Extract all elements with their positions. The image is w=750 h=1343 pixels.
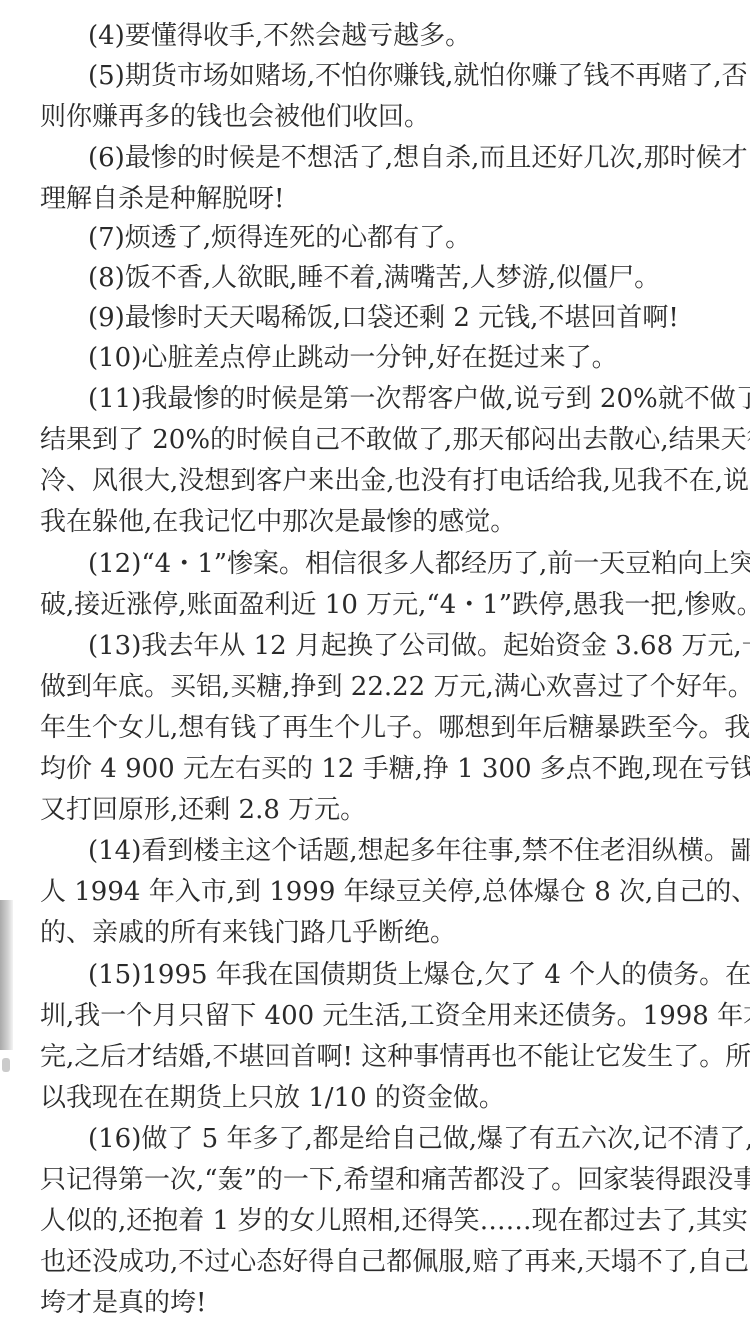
paragraph-11-line-1: (11)我最惨的时候是第一次帮客户做,说亏到 20%就不做了, [88,381,740,417]
paragraph-11-line-2: 结果到了 20%的时候自己不敢做了,那天郁闷出去散心,结果天很 [40,422,740,458]
paragraph-15-line-2: 圳,我一个月只留下 400 元生活,工资全用来还债务。1998 年才还 [40,998,740,1034]
paragraph-14-line-3: 的、亲戚的所有来钱门路几乎断绝。 [40,915,740,951]
paragraph-14-line-1: (14)看到楼主这个话题,想起多年往事,禁不住老泪纵横。鄙 [88,833,740,869]
document-page: (4)要懂得收手,不然会越亏越多。 (5)期货市场如赌场,不怕你赚钱,就怕你赚了… [0,0,750,1343]
paragraph-7-line-1: (7)烦透了,烦得连死的心都有了。 [88,220,740,256]
paragraph-4-line-1: (4)要懂得收手,不然会越亏越多。 [88,18,740,54]
paragraph-16-line-1: (16)做了 5 年多了,都是给自己做,爆了有五六次,记不清了, [88,1121,740,1157]
paragraph-6-line-1: (6)最惨的时候是不想活了,想自杀,而且还好几次,那时候才 [88,140,740,176]
paragraph-15-line-4: 以我现在在期货上只放 1/10 的资金做。 [40,1080,740,1116]
paragraph-13-line-3: 年生个女儿,想有钱了再生个儿子。哪想到年后糖暴跌至今。我 [40,710,740,746]
paragraph-16-line-2: 只记得第一次,“轰”的一下,希望和痛苦都没了。回家装得跟没事 [40,1162,740,1198]
paragraph-11-line-4: 我在躲他,在我记忆中那次是最惨的感觉。 [40,504,740,540]
paragraph-16-line-3: 人似的,还抱着 1 岁的女儿照相,还得笑……现在都过去了,其实 [40,1203,740,1239]
paragraph-10-line-1: (10)心脏差点停止跳动一分钟,好在挺过来了。 [88,340,740,376]
page-edge-speck [2,1058,10,1072]
paragraph-6-line-2: 理解自杀是种解脱呀! [40,181,740,217]
paragraph-15-line-1: (15)1995 年我在国债期货上爆仓,欠了 4 个人的债务。在深 [88,957,740,993]
paragraph-16-line-4: 也还没成功,不过心态好得自己都佩服,赔了再来,天塌不了,自己 [40,1244,740,1280]
paragraph-15-line-3: 完,之后才结婚,不堪回首啊! 这种事情再也不能让它发生了。所 [40,1039,740,1075]
paragraph-12-line-1: (12)“4・1”惨案。相信很多人都经历了,前一天豆粕向上突 [88,546,740,582]
paragraph-13-line-2: 做到年底。买铝,买糖,挣到 22.22 万元,满心欢喜过了个好年。去 [40,669,740,705]
paragraph-14-line-2: 人 1994 年入市,到 1999 年绿豆关停,总体爆仓 8 次,自己的、家里 [40,874,740,910]
paragraph-5-line-2: 则你赚再多的钱也会被他们收回。 [40,99,740,135]
paragraph-9-line-1: (9)最惨时天天喝稀饭,口袋还剩 2 元钱,不堪回首啊! [88,300,740,336]
paragraph-16-line-5: 垮才是真的垮! [40,1285,740,1321]
paragraph-13-line-5: 又打回原形,还剩 2.8 万元。 [40,792,740,828]
paragraph-8-line-1: (8)饭不香,人欲眠,睡不着,满嘴苦,人梦游,似僵尸。 [88,260,740,296]
paragraph-13-line-4: 均价 4 900 元左右买的 12 手糖,挣 1 300 多点不跑,现在亏钱跑了… [40,751,740,787]
paragraph-12-line-2: 破,接近涨停,账面盈利近 10 万元,“4・1”跌停,愚我一把,惨败。 [40,587,740,623]
paragraph-13-line-1: (13)我去年从 12 月起换了公司做。起始资金 3.68 万元,一直 [88,628,740,664]
paragraph-5-line-1: (5)期货市场如赌场,不怕你赚钱,就怕你赚了钱不再赌了,否 [88,58,740,94]
paragraph-11-line-3: 冷、风很大,没想到客户来出金,也没有打电话给我,见我不在,说 [40,463,740,499]
page-edge-shadow [0,900,13,1050]
